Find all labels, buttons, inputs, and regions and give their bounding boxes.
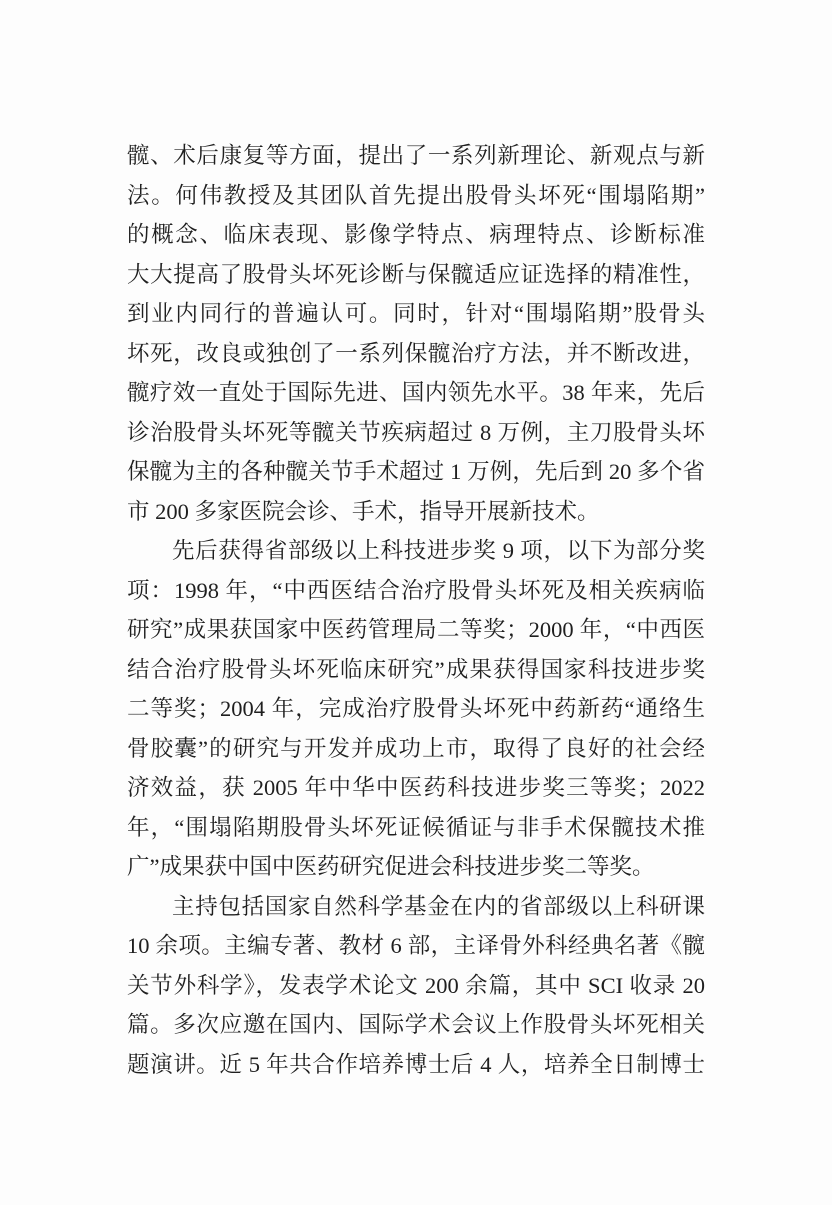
- text-line: 题演讲。近 5 年共合作培养博士后 4 人，培养全日制博士 10: [127, 1045, 705, 1085]
- paragraph-3: 主持包括国家自然科学基金在内的省部级以上科研课题 10 余项。主编专著、教材 6…: [127, 887, 705, 1085]
- text-line: 到业内同行的普遍认可。同时，针对“围塌陷期”股骨头: [127, 294, 705, 334]
- text-line: 髋疗效一直处于国际先进、国内领先水平。38 年来，先后: [127, 373, 705, 413]
- text-line: 先后获得省部级以上科技进步奖 9 项，以下为部分奖: [127, 531, 705, 571]
- text-line: 关节外科学》，发表学术论文 200 余篇，其中 SCI 收录 20 余: [127, 966, 705, 1006]
- text-block: 髋、术后康复等方面，提出了一系列新理论、新观点与新方 法。何伟教授及其团队首先提…: [127, 136, 705, 1084]
- text-line: 市 200 多家医院会诊、手术，指导开展新技术。: [127, 492, 705, 532]
- text-line: 二等奖；2004 年，完成治疗股骨头坏死中药新药“通络生: [127, 689, 705, 729]
- text-line: 研究”成果获国家中医药管理局二等奖；2000 年，“中西医: [127, 610, 705, 650]
- text-line: 坏死，改良或独创了一系列保髋治疗方法，并不断改进，保: [127, 334, 705, 374]
- text-line: 项：1998 年，“中西医结合治疗股骨头坏死及相关疾病临床: [127, 571, 705, 611]
- text-line: 济效益，获 2005 年中华中医药科技进步奖三等奖；2022: [127, 768, 705, 808]
- text-line: 结合治疗股骨头坏死临床研究”成果获得国家科技进步奖: [127, 650, 705, 690]
- text-line: 骨胶囊”的研究与开发并成功上市，取得了良好的社会经: [127, 729, 705, 769]
- text-line: 篇。多次应邀在国内、国际学术会议上作股骨头坏死相关专: [127, 1005, 705, 1045]
- text-line: 年，“围塌陷期股骨头坏死证候循证与非手术保髋技术推: [127, 808, 705, 848]
- text-line: 保髋为主的各种髋关节手术超过 1 万例，先后到 20 多个省: [127, 452, 705, 492]
- text-line: 广”成果获中国中医药研究促进会科技进步奖二等奖。: [127, 847, 705, 887]
- text-line: 髋、术后康复等方面，提出了一系列新理论、新观点与新方: [127, 136, 705, 176]
- text-line: 的概念、临床表现、影像学特点、病理特点、诊断标准等，: [127, 215, 705, 255]
- document-page: 髋、术后康复等方面，提出了一系列新理论、新观点与新方 法。何伟教授及其团队首先提…: [0, 0, 832, 1205]
- text-line: 主持包括国家自然科学基金在内的省部级以上科研课题: [127, 887, 705, 927]
- text-line: 法。何伟教授及其团队首先提出股骨头坏死“围塌陷期”: [127, 176, 705, 216]
- text-line: 大大提高了股骨头坏死诊断与保髋适应证选择的精准性，得: [127, 255, 705, 295]
- text-line: 10 余项。主编专著、教材 6 部，主译骨外科经典名著《髋: [127, 926, 705, 966]
- text-line: 诊治股骨头坏死等髋关节疾病超过 8 万例，主刀股骨头坏死: [127, 413, 705, 453]
- paragraph-1: 髋、术后康复等方面，提出了一系列新理论、新观点与新方 法。何伟教授及其团队首先提…: [127, 136, 705, 531]
- paragraph-2: 先后获得省部级以上科技进步奖 9 项，以下为部分奖 项：1998 年，“中西医结…: [127, 531, 705, 887]
